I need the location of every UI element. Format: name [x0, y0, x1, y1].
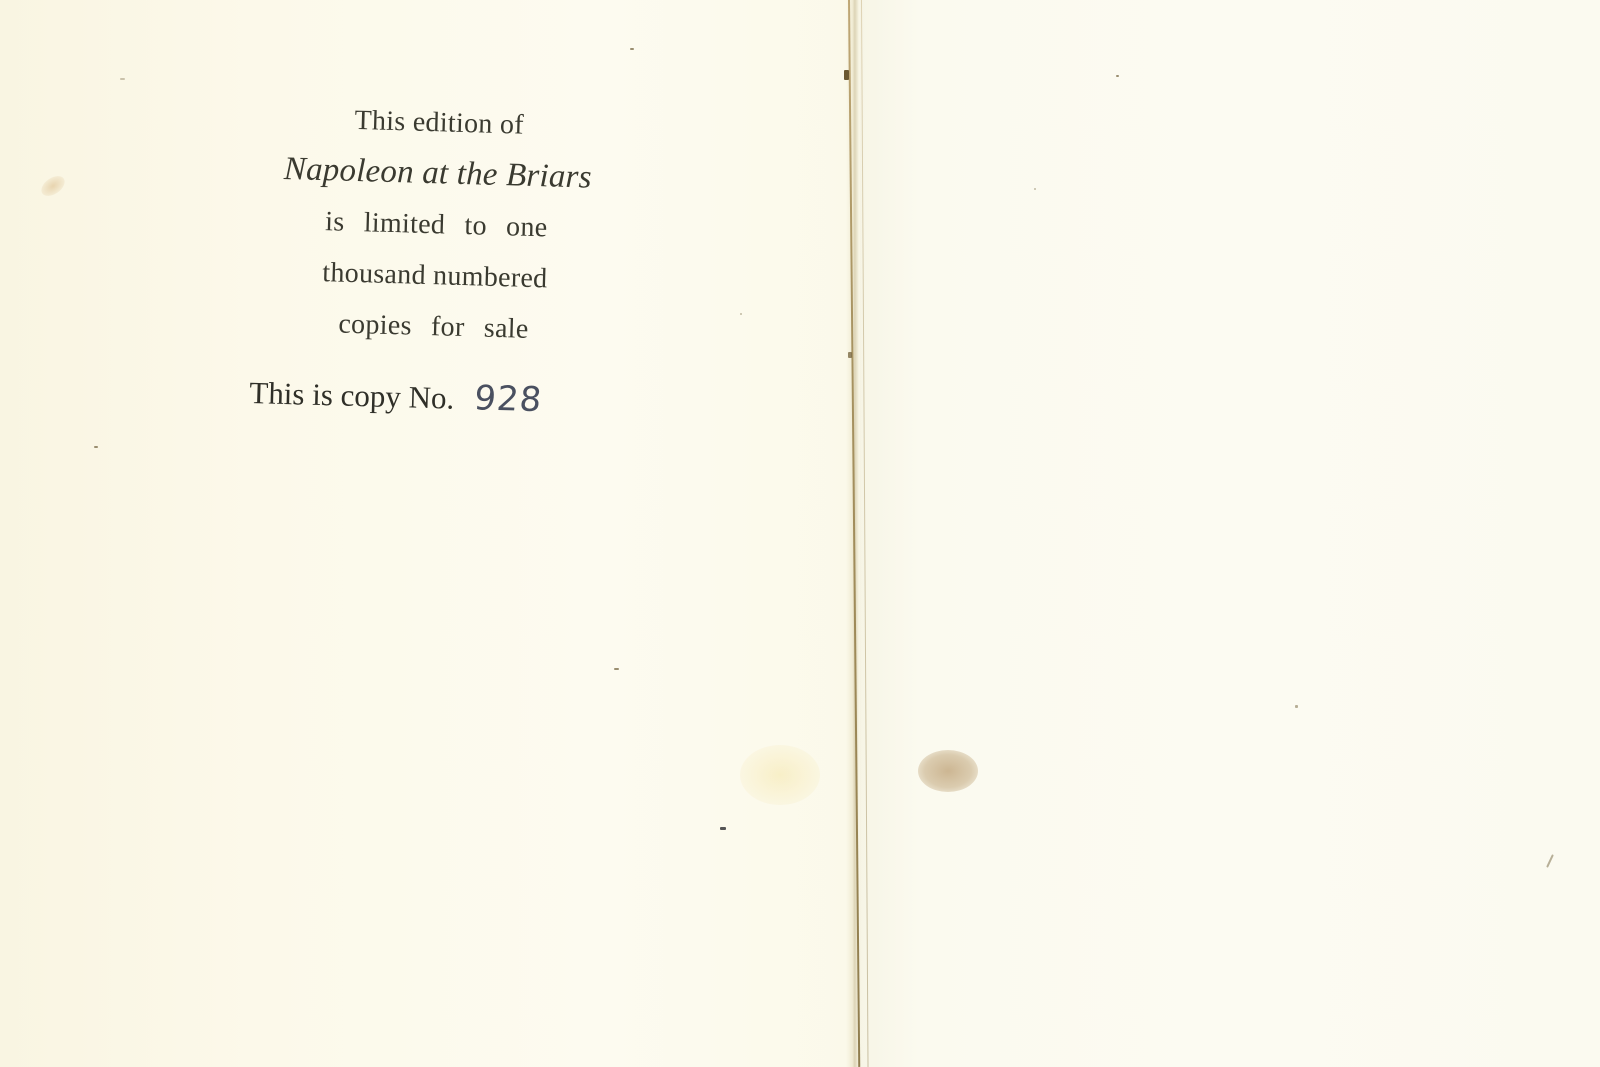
- binding-thread: [844, 70, 849, 80]
- paper-speck: [720, 827, 726, 830]
- paper-speck: [1546, 854, 1554, 868]
- paper-speck: [740, 313, 742, 315]
- limitation-notice: This edition of Napoleon at the Briars i…: [243, 92, 630, 358]
- handwritten-copy-number: 928: [472, 378, 544, 420]
- right-page: Napoleon at the Briars: [860, 0, 1600, 1067]
- copy-number-statement: This is copy No. 928: [249, 372, 543, 420]
- paper-speck: [614, 668, 619, 670]
- paper-speck: [94, 446, 98, 448]
- paper-stain: [38, 172, 68, 200]
- paper-speck: [1295, 705, 1298, 708]
- paper-speck: [630, 48, 634, 50]
- limitation-line-5: copies for sale: [243, 296, 624, 358]
- paper-speck: [1034, 188, 1036, 190]
- paper-stain: [918, 750, 978, 792]
- binding-thread: [848, 352, 852, 358]
- paper-speck: [1116, 75, 1119, 77]
- paper-speck: [120, 78, 125, 80]
- copy-number-label: This is copy No.: [249, 375, 455, 416]
- limitation-book-title: Napoleon at the Briars: [247, 143, 628, 205]
- paper-stain: [740, 745, 820, 805]
- left-page: This edition of Napoleon at the Briars i…: [0, 0, 860, 1067]
- open-book-spread: This edition of Napoleon at the Briars i…: [0, 0, 1600, 1067]
